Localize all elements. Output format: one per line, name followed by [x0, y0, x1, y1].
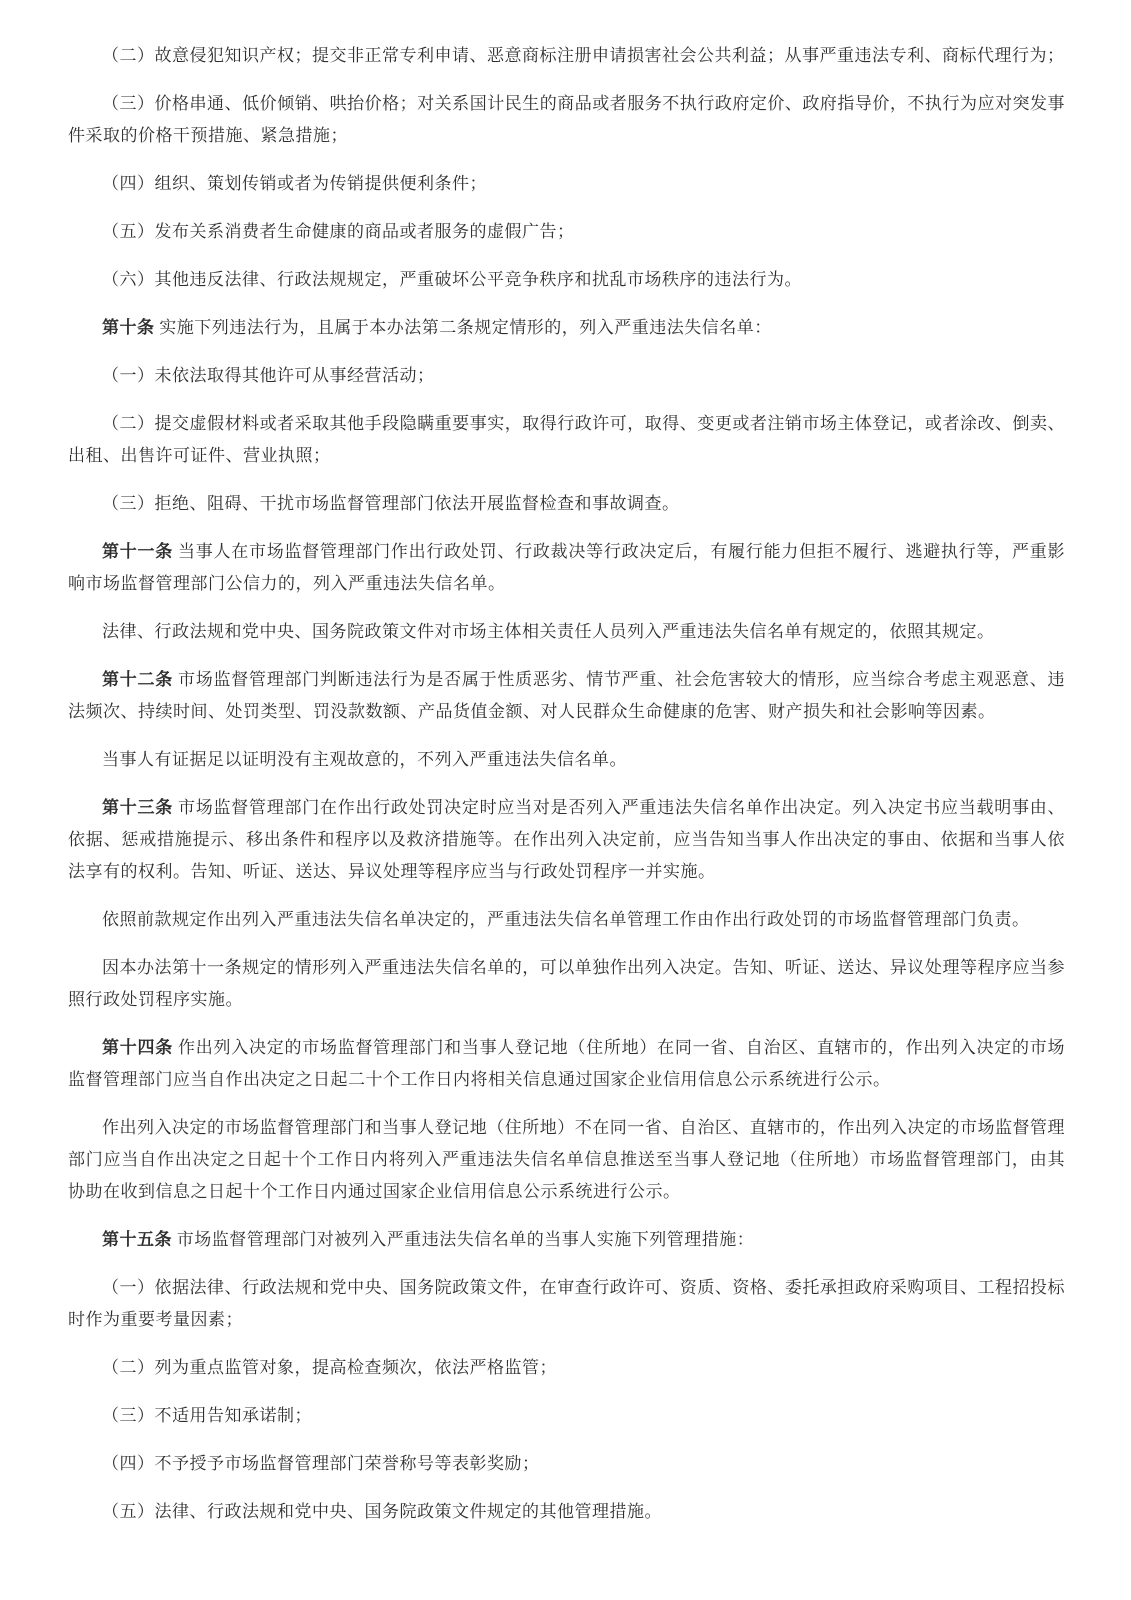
paragraph: （三）拒绝、阻碍、干扰市场监督管理部门依法开展监督检查和事故调查。: [68, 488, 1065, 520]
paragraph: （一）未依法取得其他许可从事经营活动；: [68, 360, 1065, 392]
paragraph: 作出列入决定的市场监督管理部门和当事人登记地（住所地）不在同一省、自治区、直辖市…: [68, 1112, 1065, 1208]
paragraph: （六）其他违反法律、行政法规规定，严重破坏公平竞争秩序和扰乱市场秩序的违法行为。: [68, 264, 1065, 296]
paragraph: 第十五条 市场监督管理部门对被列入严重违法失信名单的当事人实施下列管理措施：: [68, 1224, 1065, 1256]
paragraph: （二）提交虚假材料或者采取其他手段隐瞒重要事实，取得行政许可，取得、变更或者注销…: [68, 408, 1065, 472]
paragraph: （一）依据法律、行政法规和党中央、国务院政策文件，在审查行政许可、资质、资格、委…: [68, 1272, 1065, 1336]
paragraph: 第十条 实施下列违法行为，且属于本办法第二条规定情形的，列入严重违法失信名单：: [68, 312, 1065, 344]
article-number: 第十三条: [102, 798, 173, 817]
paragraph-text: 实施下列违法行为，且属于本办法第二条规定情形的，列入严重违法失信名单：: [159, 318, 772, 337]
paragraph: 第十一条 当事人在市场监督管理部门作出行政处罚、行政裁决等行政决定后，有履行能力…: [68, 536, 1065, 600]
article-number: 第十五条: [102, 1230, 172, 1249]
article-number: 第十四条: [102, 1038, 173, 1057]
article-number: 第十二条: [102, 670, 173, 689]
paragraph-text: 市场监督管理部门在作出行政处罚决定时应当对是否列入严重违法失信名单作出决定。列入…: [68, 798, 1065, 881]
paragraph: （三）价格串通、低价倾销、哄抬价格；对关系国计民生的商品或者服务不执行政府定价、…: [68, 88, 1065, 152]
paragraph: （二）列为重点监管对象，提高检查频次，依法严格监管；: [68, 1352, 1065, 1384]
paragraph: （四）不予授予市场监督管理部门荣誉称号等表彰奖励；: [68, 1448, 1065, 1480]
paragraph: 第十二条 市场监督管理部门判断违法行为是否属于性质恶劣、情节严重、社会危害较大的…: [68, 664, 1065, 728]
paragraph: （二）故意侵犯知识产权；提交非正常专利申请、恶意商标注册申请损害社会公共利益；从…: [68, 40, 1065, 72]
paragraph: 因本办法第十一条规定的情形列入严重违法失信名单的，可以单独作出列入决定。告知、听…: [68, 952, 1065, 1016]
paragraph: 当事人有证据足以证明没有主观故意的，不列入严重违法失信名单。: [68, 744, 1065, 776]
document-page: （二）故意侵犯知识产权；提交非正常专利申请、恶意商标注册申请损害社会公共利益；从…: [0, 0, 1131, 1600]
paragraph-text: 市场监督管理部门判断违法行为是否属于性质恶劣、情节严重、社会危害较大的情形，应当…: [68, 670, 1065, 721]
paragraph: （三）不适用告知承诺制；: [68, 1400, 1065, 1432]
article-number: 第十一条: [102, 542, 173, 561]
paragraph: 第十四条 作出列入决定的市场监督管理部门和当事人登记地（住所地）在同一省、自治区…: [68, 1032, 1065, 1096]
paragraph: 第十三条 市场监督管理部门在作出行政处罚决定时应当对是否列入严重违法失信名单作出…: [68, 792, 1065, 888]
paragraph-text: 市场监督管理部门对被列入严重违法失信名单的当事人实施下列管理措施：: [177, 1230, 755, 1249]
article-number: 第十条: [102, 318, 155, 337]
paragraph: （五）法律、行政法规和党中央、国务院政策文件规定的其他管理措施。: [68, 1496, 1065, 1528]
paragraph: 法律、行政法规和党中央、国务院政策文件对市场主体相关责任人员列入严重违法失信名单…: [68, 616, 1065, 648]
document-body: （二）故意侵犯知识产权；提交非正常专利申请、恶意商标注册申请损害社会公共利益；从…: [68, 40, 1065, 1528]
paragraph-text: 作出列入决定的市场监督管理部门和当事人登记地（住所地）在同一省、自治区、直辖市的…: [68, 1038, 1065, 1089]
paragraph-text: 当事人在市场监督管理部门作出行政处罚、行政裁决等行政决定后，有履行能力但拒不履行…: [68, 542, 1065, 593]
paragraph: （四）组织、策划传销或者为传销提供便利条件；: [68, 168, 1065, 200]
paragraph: 依照前款规定作出列入严重违法失信名单决定的，严重违法失信名单管理工作由作出行政处…: [68, 904, 1065, 936]
paragraph: （五）发布关系消费者生命健康的商品或者服务的虚假广告；: [68, 216, 1065, 248]
